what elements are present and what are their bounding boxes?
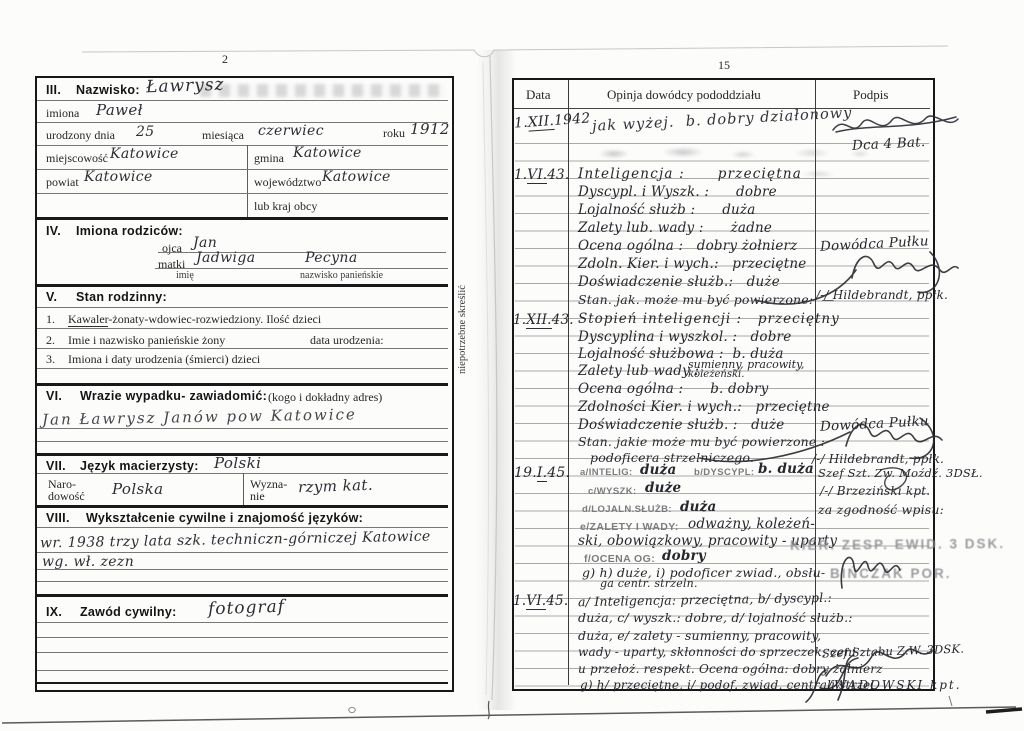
entry4-stamp-ocena: f/OCENA OG: — [584, 553, 655, 565]
entry3-date-day: 1. — [513, 312, 526, 328]
maiden-sublabel: nazwisko panieńskie — [300, 270, 383, 281]
entry3-date: 1.XII.43. — [513, 312, 574, 328]
religion-label-2: nie — [250, 489, 265, 504]
rule — [155, 268, 448, 269]
fold-bottom-tick — [488, 701, 489, 719]
rule — [37, 637, 448, 638]
item2-text: Imie i nazwisko panieńskie żony — [68, 333, 225, 348]
rule — [37, 569, 448, 570]
year-label: roku — [383, 126, 405, 141]
nationality-label-2: dowość — [48, 489, 85, 504]
entry4-date-year: 45. — [547, 465, 570, 481]
rule — [37, 348, 448, 349]
section6-label: Wrazie wypadku- zawiadomić: — [80, 389, 267, 403]
gmina-handwritten: Katowice — [293, 145, 362, 161]
section5-label: Stan rodzinny: — [76, 290, 167, 304]
entry3-line6: Zdolności Kier. i wych.: przeciętne — [578, 399, 830, 415]
entry5-date-year: 45. — [546, 593, 568, 609]
entry3-line8: Stan. jakie może mu być powierzone : — [578, 434, 825, 449]
entry3-date-month: XII. — [526, 312, 551, 329]
section8-number: VIII. — [46, 511, 70, 525]
rule — [37, 328, 448, 329]
section5-number: V. — [46, 290, 57, 304]
header-rule — [514, 108, 930, 109]
section-divider — [37, 217, 448, 220]
column-divider — [243, 473, 244, 505]
entry3-signer-name: /-/ Hildebrandt, ppłk. — [812, 452, 944, 466]
rule — [37, 428, 448, 429]
entry2-line5: Ocena ogólna : dobry żołnierz — [578, 238, 798, 254]
item2-right-text: data urodzenia: — [310, 333, 384, 348]
entry4-stamp-intelig: a/INTELIG: — [580, 467, 633, 478]
entry3-line1: Stopień inteligencji : przeciętny — [578, 311, 840, 327]
month-label: miesiąca — [202, 128, 244, 143]
entry4-date: 19.I.45. — [514, 465, 570, 481]
fold-crease — [490, 56, 497, 700]
religion-handwritten: rzym kat. — [298, 476, 374, 497]
col-header-opinion: Opinja dowódcy pododdziału — [607, 87, 761, 103]
section-divider — [37, 505, 448, 508]
rule — [37, 670, 448, 671]
profession-handwritten: fotograf — [208, 597, 286, 620]
section7-label: Język macierzysty: — [80, 459, 199, 473]
entry4-signer-title: Szef Szt. Zw. Moźdź. 3DSŁ. — [818, 466, 983, 480]
born-label: urodzony dnia — [46, 128, 115, 143]
section7-number: VII. — [46, 459, 66, 473]
entry4-signer-name: /-/ Brzeziński kpt. — [820, 484, 930, 498]
entry2-line1: Inteligencja : przeciętna — [578, 166, 802, 182]
entry4-value-intelig: duża — [640, 462, 676, 478]
item3-number: 3. — [46, 352, 55, 367]
bottom-edge-line — [2, 707, 1016, 723]
entry4-value-dyscypl: b. duża — [758, 461, 814, 477]
entry3-line5: Ocena ogólna : b. dobry — [578, 381, 769, 397]
item1-rest: -żonaty-wdowiec-rozwiedziony. Ilość dzie… — [108, 312, 321, 326]
margin-note-vertical: niepotrzebne skreślić — [457, 252, 468, 374]
officer-stamp: BIŃCZAK POR. — [830, 566, 952, 581]
entry5-signer-name: /WADOWSKI kpt. — [828, 678, 962, 692]
entry2-line6: Zdoln. Kier. i wych.: przeciętne — [578, 256, 806, 272]
entry5-line2: duża, c/ wyszk.: dobre, d/ lojalność słu… — [578, 610, 853, 625]
entry3-line2: Dyscyplina i wyszkol. : dobre — [578, 329, 791, 345]
father-label: ojca — [162, 241, 182, 256]
imiona-label: imiona — [46, 106, 79, 121]
entry3-date-year: 43. — [552, 312, 574, 328]
entry2-date-year: 43. — [547, 167, 569, 183]
section6-sublabel: (kogo i dokładny adres) — [268, 390, 382, 405]
item3-text: Imiona i daty urodzenia (śmierci) dzieci — [68, 352, 260, 367]
country-label: lub kraj obcy — [254, 199, 317, 214]
entry4-stamp-lojaln: d/LOJALN.SŁUŻB: — [582, 504, 672, 515]
section9-label: Zawód cywilny: — [80, 605, 177, 619]
entry4-value-wyszk: duże — [645, 480, 681, 496]
rule — [37, 552, 448, 553]
powiat-handwritten: Katowice — [84, 169, 153, 185]
kawaler-underlined: Kawaler — [68, 312, 108, 327]
section-divider — [37, 383, 448, 386]
born-month-handwritten: czerwiec — [258, 123, 324, 139]
surname-handwritten: Ławrysz — [146, 75, 225, 98]
document-scan: 2 III. Nazwisko: Ławrysz imiona Paweł ur… — [0, 0, 1024, 731]
bottom-edge-dark-dash — [986, 709, 1022, 712]
entry4-stamp-wyszk: c/WYSZK: — [588, 486, 637, 497]
entry1-date-year: 1942 — [553, 110, 590, 129]
entry3-line4: Zalety lub wady : — [578, 363, 699, 379]
rule — [37, 441, 448, 442]
born-day-handwritten: 25 — [136, 124, 155, 140]
stray-tick — [949, 696, 952, 706]
father-handwritten: Jan — [193, 235, 217, 251]
mother-handwritten: Jadwiga — [196, 250, 256, 266]
section-divider — [37, 284, 448, 287]
entry4-date-month: I. — [537, 465, 547, 482]
stray-circle-mark — [349, 707, 355, 712]
entry3-line4c: koleżeński. — [688, 369, 744, 380]
rule — [37, 193, 448, 194]
wojewodztwo-handwritten: Katowice — [322, 169, 391, 185]
section3-number: III. — [46, 83, 61, 97]
rule — [37, 652, 448, 653]
section4-label: Imiona rodziców: — [76, 224, 183, 238]
section9-number: IX. — [46, 605, 62, 619]
entry5-line5: u przełoż. respekt. Ocena ogólna: dobry … — [578, 662, 883, 676]
section-divider — [37, 594, 448, 597]
born-year-handwritten: 1912 — [410, 120, 450, 138]
rule — [37, 581, 448, 582]
entry2-line8: Stan. jak. może mu być powierzone: — — [578, 292, 834, 307]
item2-number: 2. — [46, 333, 55, 348]
entry4-stamp-dyscypl: b/DYSCYPL: — [694, 467, 754, 478]
entry4-value-zalety: odważny, koleżeń- — [688, 516, 815, 532]
entry4-date-day: 19. — [514, 465, 537, 481]
left-page-number: 2 — [222, 52, 228, 67]
evidence-stamp: KIER. ZESP. EWID. 3 DSK. — [790, 536, 1005, 553]
maiden-name-handwritten: Pecyna — [305, 250, 358, 266]
entry2-date-month: VI. — [527, 167, 547, 184]
col-header-podpis: Podpis — [853, 87, 888, 103]
entry2-line7: Doświadczenie służb.: duże — [578, 274, 780, 290]
imie-sublabel: imię — [176, 270, 194, 281]
place-handwritten: Katowice — [110, 146, 179, 162]
entry4-value-lojaln: duża — [680, 499, 716, 515]
entry2-line4: Zalety lub. wady : żadne — [578, 220, 772, 236]
entry1-date-day: 1. — [514, 115, 529, 132]
rule — [37, 368, 448, 369]
entry5-date-month: VI. — [526, 593, 546, 610]
language-handwritten: Polski — [214, 454, 261, 472]
firstname-handwritten: Paweł — [96, 101, 143, 119]
item1-text: Kawaler-żonaty-wdowiec-rozwiedziony. Ilo… — [68, 312, 321, 327]
right-page-number: 15 — [718, 58, 730, 73]
rule — [37, 527, 448, 528]
fold-shading — [476, 50, 516, 710]
entry2-signer-name: /-/ Hildebrandt, ppłk. — [816, 288, 948, 302]
rule — [37, 307, 448, 308]
entry2-date-day: 1. — [514, 167, 527, 183]
place-label: miejscowość — [46, 151, 108, 166]
entry5-date-day: 1. — [513, 593, 526, 609]
top-edge-line — [82, 46, 948, 57]
wojewodztwo-label: województwo — [254, 175, 321, 190]
col-header-data: Data — [526, 87, 551, 103]
rule — [37, 122, 448, 123]
column-divider — [247, 145, 248, 217]
rule — [37, 622, 448, 623]
entry4-line-ghi2: ga centr. strzeln. — [600, 577, 698, 590]
entry4-value-ocena: dobry — [662, 548, 706, 564]
rule — [37, 145, 448, 146]
powiat-label: powiat — [46, 175, 79, 190]
entry4-stamp-zalety: e/ZALETY I WADY: — [580, 521, 679, 533]
entry2-line2: Dyscypl. i Wyszk. : dobre — [578, 184, 777, 200]
section4-number: IV. — [46, 224, 61, 238]
nationality-handwritten: Polska — [112, 480, 163, 498]
section3-label: Nazwisko: — [76, 83, 140, 97]
entry5-date: 1.VI.45. — [513, 593, 568, 609]
left-inner-bottom-rule — [37, 682, 448, 684]
entry2-line3: Lojalność służb : duża — [578, 202, 756, 218]
item1-number: 1. — [46, 312, 55, 327]
section6-number: VI. — [46, 389, 62, 403]
entry3-line7: Doświadczenie służb. : duże — [578, 417, 784, 433]
education-line2-handwritten: wg. wł. zezn — [42, 554, 134, 570]
entry4-certify-note: za zgodność wpisu: — [818, 502, 944, 517]
section8-label: Wykształcenie cywilne i znajomość językó… — [86, 511, 363, 525]
gmina-label: gmina — [254, 151, 284, 166]
entry5-line3: duża, e/ zalety - sumienny, pracowity, — [578, 628, 821, 643]
fold-crease-2 — [483, 62, 489, 695]
entry2-date: 1.VI.43. — [514, 167, 569, 183]
entry1-date-month: XII. — [527, 113, 554, 132]
entry5-line4: wady - uparty, skłonności do sprzeczek, … — [578, 645, 856, 659]
